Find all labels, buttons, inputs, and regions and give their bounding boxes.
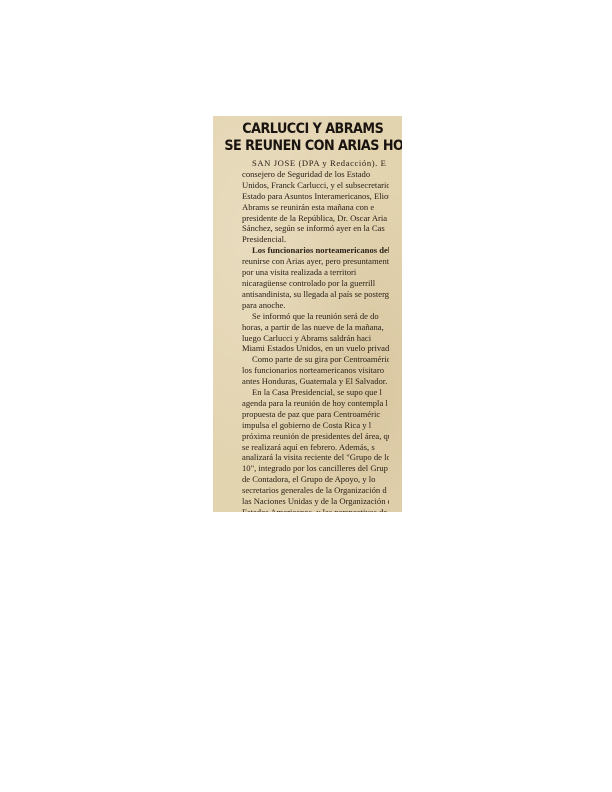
article-paragraph: Se informó que la reunión será de dohora… <box>242 311 389 355</box>
headline-line-2: SE REUNEN CON ARIAS HOY <box>224 138 390 155</box>
article-line: Estados Americanos, y las perspectivas d… <box>242 507 389 512</box>
article-line: propuesta de paz que para Centroaméric <box>242 409 389 420</box>
article-line: de Contadora, el Grupo de Apoyo, y lo <box>242 474 389 485</box>
article-line: Los funcionarios norteamericanos debía <box>242 245 389 256</box>
article-line: Sánchez, según se informó ayer en la Cas <box>242 223 389 234</box>
article-line: Miami Estados Unidos, en un vuelo privad… <box>242 343 389 354</box>
article-line: los funcionarios norteamericanos visitar… <box>242 365 389 376</box>
article-line: analizará la visita reciente del "Grupo … <box>242 452 389 463</box>
article-line: 10", integrado por los cancilleres del G… <box>242 463 389 474</box>
article-line: Se informó que la reunión será de do <box>242 311 389 322</box>
headline-line-1: CARLUCCI Y ABRAMS <box>224 121 390 138</box>
article-line: antisandinista, su llegada al país se po… <box>242 289 389 300</box>
article-line: por una visita realizada a territori <box>242 267 389 278</box>
article-line: SAN JOSE (DPA y Redacción). E <box>242 158 389 169</box>
article-line: Estado para Asuntos Interamericanos, Eli… <box>242 191 389 202</box>
article-line: nicaragüense controlado por la guerrill <box>242 278 389 289</box>
article-line: próxima reunión de presidentes del área,… <box>242 431 389 442</box>
article-line: las Naciones Unidas y de la Organización… <box>242 496 389 507</box>
article-line: secretarios generales de la Organización… <box>242 485 389 496</box>
article-line: para anoche. <box>242 300 389 311</box>
article-line: Presidencial. <box>242 234 389 245</box>
article-paragraph: Como parte de su gira por Centroamérical… <box>242 354 389 387</box>
article-line: Unidos, Franck Carlucci, y el subsecreta… <box>242 180 389 191</box>
article-paragraph: En la Casa Presidencial, se supo que lag… <box>242 387 389 512</box>
article-line: impulsa el gobierno de Costa Rica y l <box>242 420 389 431</box>
article-body: SAN JOSE (DPA y Redacción). Econsejero d… <box>213 155 389 512</box>
article-line: consejero de Seguridad de los Estado <box>242 169 389 180</box>
article-line: Como parte de su gira por Centroamérica <box>242 354 389 365</box>
article-line: reunirse con Arias ayer, pero presuntame… <box>242 256 389 267</box>
article-line: luego Carlucci y Abrams saldrán haci <box>242 333 389 344</box>
headline: CARLUCCI Y ABRAMS SE REUNEN CON ARIAS HO… <box>224 121 390 155</box>
article-line: agenda para la reunión de hoy contempla … <box>242 398 389 409</box>
article-line: antes Honduras, Guatemala y El Salvador. <box>242 376 389 387</box>
article-line: Abrams se reunirán esta mañana con e <box>242 202 389 213</box>
article-paragraph: Los funcionarios norteamericanos debíare… <box>242 245 389 310</box>
newspaper-clipping: CARLUCCI Y ABRAMS SE REUNEN CON ARIAS HO… <box>213 116 402 512</box>
article-paragraph: SAN JOSE (DPA y Redacción). Econsejero d… <box>242 158 389 245</box>
article-line: se realizará aquí en febrero. Además, s <box>242 442 389 453</box>
article-line: horas, a partir de las nueve de la mañan… <box>242 322 389 333</box>
article-line: presidente de la República, Dr. Oscar Ar… <box>242 213 389 224</box>
article-line: En la Casa Presidencial, se supo que l <box>242 387 389 398</box>
